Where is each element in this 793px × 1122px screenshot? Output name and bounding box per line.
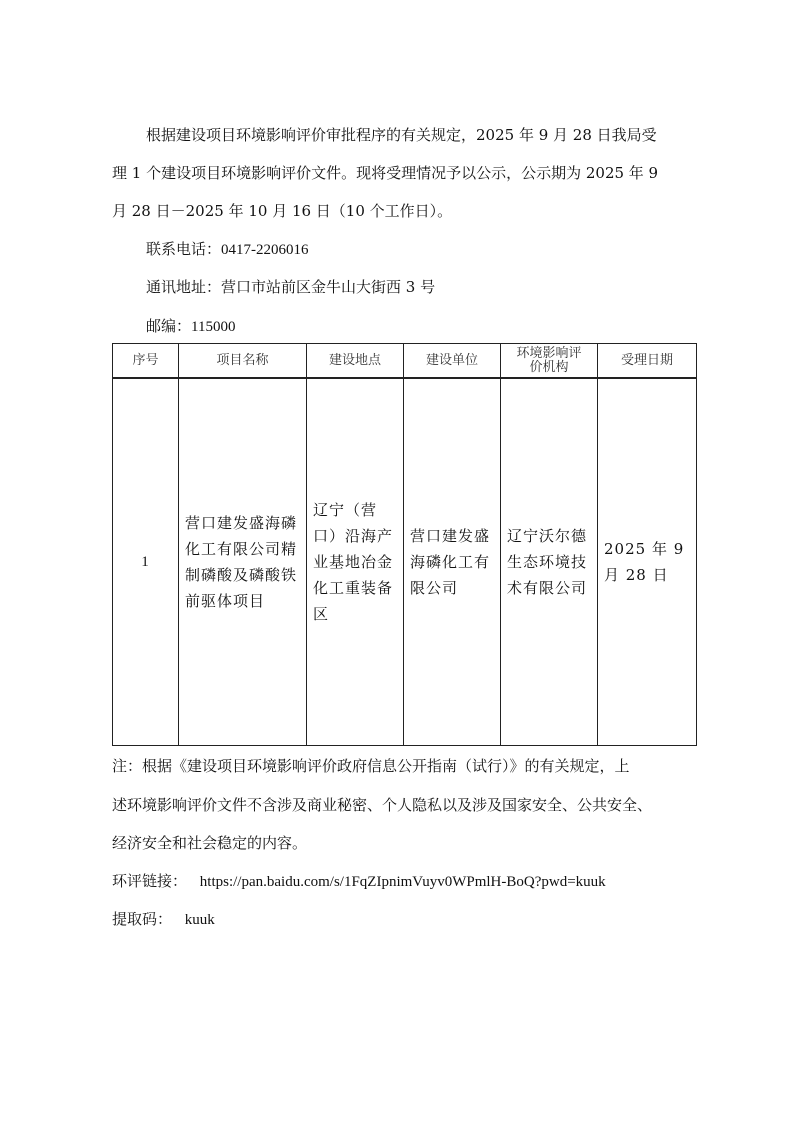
contact-postcode: 邮编：115000 [146, 316, 235, 337]
address-value: 营口市站前区金牛山大街西 3 号 [221, 278, 435, 296]
contact-address: 通讯地址：营口市站前区金牛山大街西 3 号 [146, 277, 435, 297]
cell-project-name: 营口建发盛海磷化工有限公司精制磷酸及磷酸铁前驱体项目 [179, 378, 307, 746]
contact-phone: 联系电话：0417-2206016 [146, 239, 309, 260]
address-label: 通讯地址： [146, 278, 221, 296]
cell-builder: 营口建发盛海磷化工有限公司 [404, 378, 501, 746]
note-line-3: 经济安全和社会稳定的内容。 [112, 833, 307, 853]
eia-link-row: 环评链接： https://pan.baidu.com/s/1FqZIpnimV… [112, 871, 606, 892]
intro-line-2: 理 1 个建设项目环境影响评价文件。现将受理情况予以公示，公示期为 2025 年… [112, 163, 658, 183]
eia-link-label: 环评链接： [112, 872, 187, 890]
header-eia-agency: 环境影响评价机构 [501, 344, 598, 379]
note-line-1: 注：根据《建设项目环境影响评价政府信息公开指南（试行）》的有关规定，上 [112, 756, 630, 776]
note-line-2: 述环境影响评价文件不含涉及商业秘密、个人隐私以及涉及国家安全、公共安全、 [112, 795, 652, 815]
phone-value: 0417-2206016 [221, 242, 309, 258]
cell-accept-date: 2025 年 9 月 28 日 [598, 378, 697, 746]
cell-index: 1 [113, 378, 179, 746]
postcode-value: 115000 [191, 319, 235, 335]
extract-code-row: 提取码： kuuk [112, 909, 215, 930]
intro-line-3: 月 28 日－2025 年 10 月 16 日（10 个工作日）。 [112, 201, 452, 221]
header-project-name: 项目名称 [179, 344, 307, 379]
intro-line-1: 根据建设项目环境影响评价审批程序的有关规定，2025 年 9 月 28 日我局受 [146, 125, 657, 145]
header-accept-date: 受理日期 [598, 344, 697, 379]
acceptance-table: 序号 项目名称 建设地点 建设单位 环境影响评价机构 受理日期 1 营口建发盛海… [112, 343, 697, 746]
postcode-label: 邮编： [146, 317, 191, 335]
eia-link-url[interactable]: https://pan.baidu.com/s/1FqZIpnimVuyv0WP… [200, 874, 606, 890]
extract-code-label: 提取码： [112, 910, 172, 928]
header-index: 序号 [113, 344, 179, 379]
phone-label: 联系电话： [146, 240, 221, 258]
header-location: 建设地点 [307, 344, 404, 379]
cell-eia-agency: 辽宁沃尔德生态环境技术有限公司 [501, 378, 598, 746]
cell-location: 辽宁（营口）沿海产业基地冶金化工重装备区 [307, 378, 404, 746]
header-builder: 建设单位 [404, 344, 501, 379]
table-header-row: 序号 项目名称 建设地点 建设单位 环境影响评价机构 受理日期 [113, 344, 697, 379]
extract-code-value: kuuk [185, 912, 215, 928]
table-row: 1 营口建发盛海磷化工有限公司精制磷酸及磷酸铁前驱体项目 辽宁（营口）沿海产业基… [113, 378, 697, 746]
